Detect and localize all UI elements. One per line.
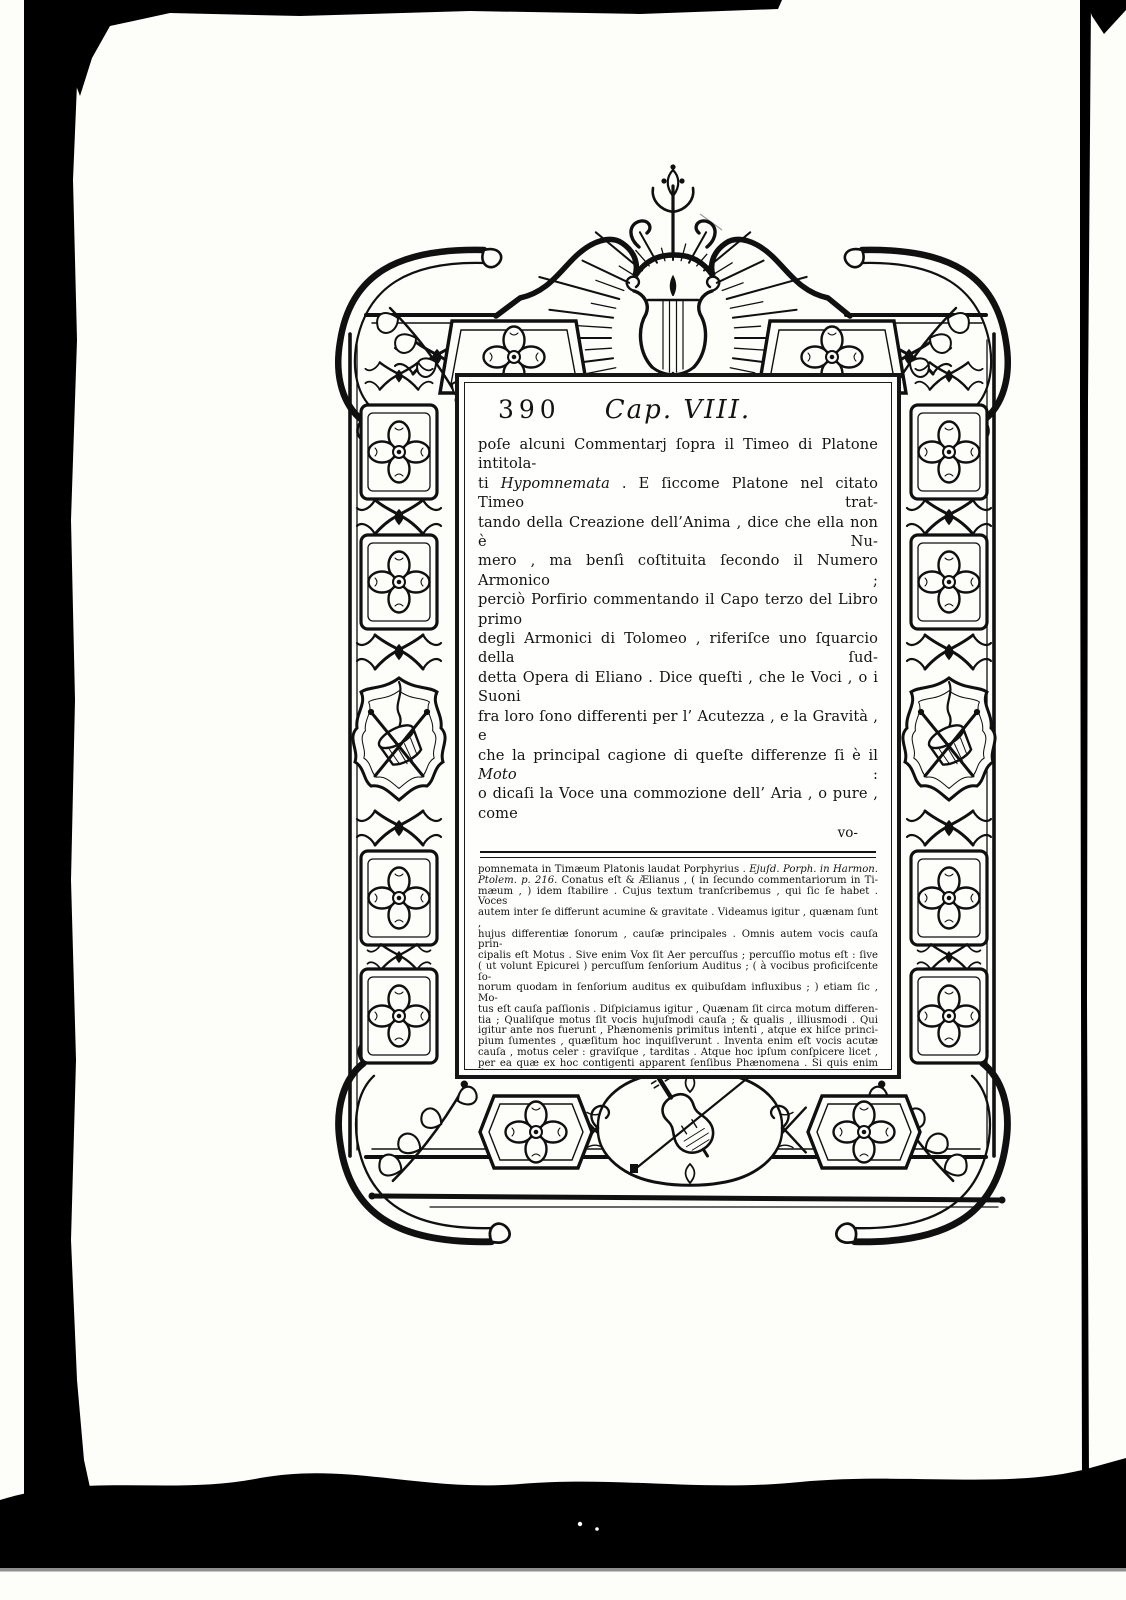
text-line: autem inter ſe differunt acumine & gravi… <box>478 908 878 930</box>
text-line: ti Hypomnemata . E ſiccome Platone nel c… <box>478 474 878 513</box>
right-side-border <box>903 362 995 1063</box>
main-text-block: poſe alcuni Commentarj ſopra il Timeo di… <box>478 435 878 823</box>
page-number: 390 <box>478 395 561 424</box>
text-line: che la principal cagione di queſte diffe… <box>478 746 878 785</box>
scan-speck <box>578 1522 582 1526</box>
left-side-border <box>353 362 445 1063</box>
text-line: mero , ma benſì coſtituita ſecondo il Nu… <box>478 551 878 590</box>
footnote-separator <box>480 851 876 858</box>
book-gutter-line <box>1080 0 1091 1480</box>
bottom-right-rosette-panel <box>808 1096 920 1168</box>
scan-bottom-line <box>0 1568 1126 1572</box>
scan-top-right-patch <box>1086 0 1126 34</box>
text-frame-inner-rule: 390 Cap. VIII. poſe alcuni Commentarj ſo… <box>464 382 892 1070</box>
text-line: degli Armonici di Tolomeo , riferiſce un… <box>478 629 878 668</box>
text-frame-box: 390 Cap. VIII. poſe alcuni Commentarj ſo… <box>455 373 901 1079</box>
text-line: norum quodam in ſenſorium auditus ex qui… <box>478 983 878 1005</box>
text-line: hujus differentiæ ſonorum , cauſæ princi… <box>478 930 878 952</box>
text-line: o dicaſi la Voce una commozione dell’ Ar… <box>478 784 878 823</box>
text-line: poſe alcuni Commentarj ſopra il Timeo di… <box>478 435 878 474</box>
scan-left-edge <box>24 0 96 1555</box>
footnote-block: pomnemata in Timæum Platonis laudat Porp… <box>478 865 878 1070</box>
scan-speck <box>595 1527 599 1531</box>
text-line: mæum , ) idem ſtabilire . Cujus textum t… <box>478 887 878 909</box>
scan-bottom-band <box>0 1458 1126 1568</box>
text-line: fra loro ſono differenti per l’ Acutezza… <box>478 707 878 746</box>
scan-top-edge <box>24 0 782 96</box>
catchword: vo- <box>478 825 878 841</box>
scanned-book-page: 390 Cap. VIII. poſe alcuni Commentarj ſo… <box>0 0 1126 1600</box>
text-line: tando della Creazione dell’Anima , dice … <box>478 513 878 552</box>
bottom-left-rosette-panel <box>480 1096 592 1168</box>
text-line: ( ut volunt Epicurei ) percuſſum ſenſori… <box>478 962 878 984</box>
page-header: 390 Cap. VIII. <box>478 395 878 425</box>
text-line: detta Opera di Eliano . Dice queſti , ch… <box>478 668 878 707</box>
chapter-heading: Cap. VIII. <box>605 395 751 425</box>
bottom-rule <box>369 1193 1006 1208</box>
text-line: per ea quæ ex hoc contigenti apparent ſe… <box>478 1059 878 1070</box>
text-line: perciò Porfirio commentando il Capo terz… <box>478 590 878 629</box>
